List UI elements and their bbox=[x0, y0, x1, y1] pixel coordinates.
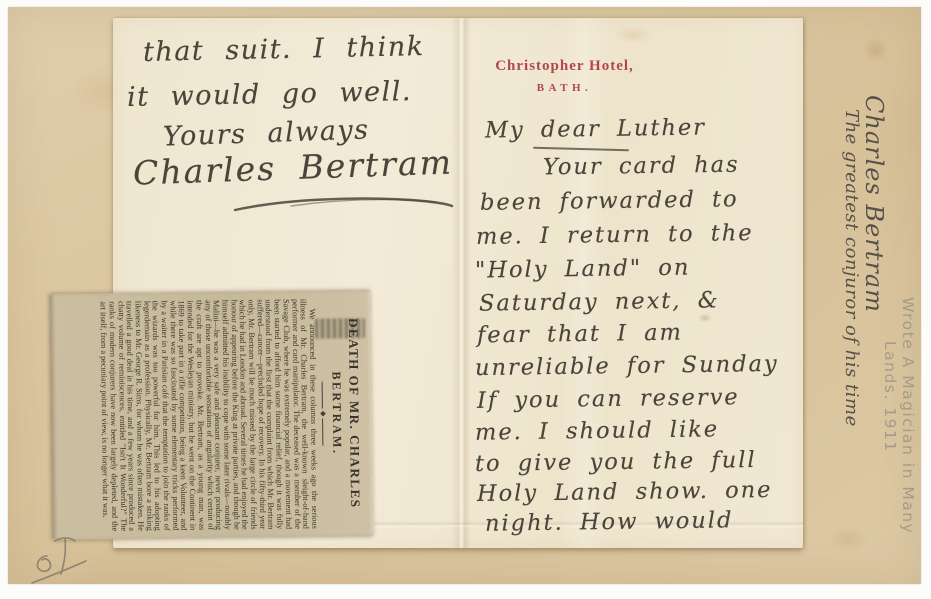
letter-line: it would go well. bbox=[127, 76, 412, 113]
hotel-letterhead: Christopher Hotel, BATH. bbox=[462, 58, 667, 94]
newspaper-clipping: DEATH OF MR. CHARLES BERTRAM. We announc… bbox=[51, 290, 374, 540]
letter-line: If you can reserve bbox=[477, 384, 740, 414]
headline-rule bbox=[321, 382, 326, 446]
letterhead-hotel-name: Christopher Hotel, bbox=[462, 58, 667, 75]
foxing-stain bbox=[613, 26, 653, 44]
letter-line: that suit. I think bbox=[143, 31, 425, 68]
pencil-note-line: Lands. 1911 bbox=[881, 341, 899, 587]
letter-line: to give you the full bbox=[475, 447, 757, 477]
foxing-stain bbox=[828, 527, 868, 551]
pencil-note-line: Wrote A Magician in Many bbox=[899, 297, 917, 587]
clipping-body-text: We announced in these columns three week… bbox=[98, 299, 318, 532]
clipping-column: DEATH OF MR. CHARLES BERTRAM. We announc… bbox=[51, 290, 374, 540]
letter-line: me. I return to the bbox=[476, 220, 754, 250]
letter-line: fear that I am bbox=[477, 320, 683, 349]
letterhead-city: BATH. bbox=[462, 82, 667, 94]
print-smudge bbox=[315, 318, 365, 339]
center-fold bbox=[451, 18, 471, 548]
letter-line: "Holy Land" on bbox=[475, 254, 691, 283]
letter-line: unreliable for Sunday bbox=[475, 351, 779, 381]
foxing-stain bbox=[863, 37, 889, 63]
salutation: My dear Luther bbox=[485, 114, 706, 143]
letter-line: Holy Land show. one bbox=[477, 477, 773, 507]
album-page: that suit. I think it would go well. You… bbox=[8, 7, 921, 584]
rule-diamond-icon bbox=[320, 411, 326, 417]
margin-annotation-pencil: Wrote A Magician in Many Lands. 1911 bbox=[865, 297, 917, 587]
letter-line: Saturday next, & bbox=[479, 287, 720, 316]
annotation-description: The greatest conjuror of his time bbox=[841, 109, 862, 457]
letter-line: Your card has bbox=[543, 152, 740, 181]
collector-monogram-mark bbox=[28, 535, 92, 589]
ink-blot bbox=[698, 313, 712, 323]
letter-line: me. I should like bbox=[475, 416, 720, 445]
letter-line: been forwarded to bbox=[480, 186, 739, 216]
letter-line: night. How would bbox=[485, 507, 734, 536]
signature-flourish bbox=[231, 190, 456, 220]
